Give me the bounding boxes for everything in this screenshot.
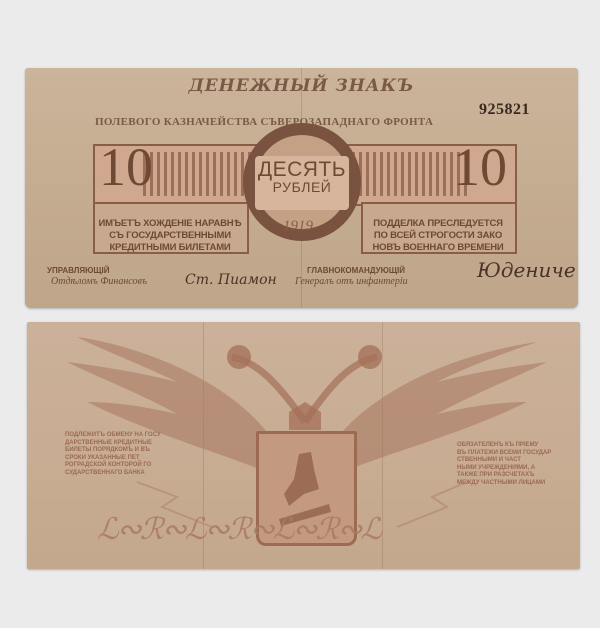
denomination-numeral-left: 10	[99, 136, 153, 198]
notice-line: ИМЪЕТЪ ХОЖДЕНІЕ НАРАВНѢ	[95, 218, 245, 230]
wave-pattern-left	[143, 152, 258, 196]
wave-pattern-right	[352, 152, 467, 196]
note-subtitle: ПОЛЕВОГО КАЗНАЧЕЙСТВА СЪВЕРОЗАПАДНАГО ФР…	[95, 116, 433, 128]
notice-line: СТВЕННЫМИ И ЧАСТ	[457, 457, 557, 465]
notice-line: ПОДЛЕЖИТЪ ОБМЕНУ НА ГОСУ	[65, 432, 175, 440]
right-signatory-title: ГЛАВНОКОМАНДУЮЩІЙ	[307, 266, 405, 275]
notice-line: ОБЯЗАТЕЛЕНЪ КЪ ПРІЕМУ	[457, 442, 557, 450]
issue-year: 1919	[283, 218, 313, 235]
denomination-plaque: ДЕСЯТЬ РУБЛЕЙ	[255, 156, 349, 210]
banknote-back: ПОДЛЕЖИТЪ ОБМЕНУ НА ГОСУ ДАРСТВЕННЫЕ КРЕ…	[27, 322, 580, 569]
denomination-numeral-right: 10	[453, 136, 507, 198]
acceptance-notice: ОБЯЗАТЕЛЕНЪ КЪ ПРІЕМУ ВЪ ПЛАТЕЖИ ВСЕМИ Г…	[457, 442, 557, 487]
notice-line: НЫМИ УЧРЕЖДЕНІЯМИ, А	[457, 465, 557, 473]
notice-line: НОВЪ ВОЕННАГО ВРЕМЕНИ	[363, 242, 513, 254]
serial-number: 925821	[479, 101, 530, 119]
left-signatory-subtitle: Отдѣломъ Финансовъ	[51, 276, 147, 287]
notice-left: ИМЪЕТЪ ХОЖДЕНІЕ НАРАВНѢ СЪ ГОСУДАРСТВЕНН…	[95, 218, 245, 254]
right-signature: Юдениче	[477, 258, 576, 282]
right-signatory-subtitle: Генералъ отъ инфантеріи	[295, 276, 408, 287]
notice-right: ПОДДЕЛКА ПРЕСЛЕДУЕТСЯ ПО ВСЕЙ СТРОГОСТИ …	[363, 218, 513, 254]
notice-line: РОГРАДСКОЙ КОНТОРОЙ ГО	[65, 462, 175, 470]
notice-line: ПО ВСЕЙ СТРОГОСТИ ЗАКО	[363, 230, 513, 242]
note-title: ДЕНЕЖНЫЙ ЗНАКЪ	[25, 76, 578, 96]
notice-line: СЪ ГОСУДАРСТВЕННЫМИ	[95, 230, 245, 242]
notice-line: ПОДДЕЛКА ПРЕСЛЕДУЕТСЯ	[363, 218, 513, 230]
notice-line: КРЕДИТНЫМИ БИЛЕТАМИ	[95, 242, 245, 254]
notice-line: СУДАРСТВЕННАГО БАНКА	[65, 470, 175, 478]
notice-line: БИЛЕТЫ ПОРЯДКОМЪ И ВЪ	[65, 447, 175, 455]
notice-line: ТАКЖЕ ПРИ РАЗСЧЕТАХЪ	[457, 472, 557, 480]
ornamental-scroll: ℒ∾ℛ∾ℒ∾ℛ∾ℒ∾ℛ∾ℒ	[97, 512, 527, 552]
left-signature: Ст. Пиамон	[185, 272, 277, 288]
banknote-front: ДЕНЕЖНЫЙ ЗНАКЪ ПОЛЕВОГО КАЗНАЧЕЙСТВА СЪВ…	[25, 68, 578, 308]
left-signatory-title: УПРАВЛЯЮЩІЙ	[47, 266, 109, 275]
notice-line: СРОКИ УКАЗАННЫЕ ПЕТ	[65, 455, 175, 463]
exchange-notice: ПОДЛЕЖИТЪ ОБМЕНУ НА ГОСУ ДАРСТВЕННЫЕ КРЕ…	[65, 432, 175, 477]
notice-line: ВЪ ПЛАТЕЖИ ВСЕМИ ГОСУДАР	[457, 450, 557, 458]
notice-line: ДАРСТВЕННЫЕ КРЕДИТНЫЕ	[65, 440, 175, 448]
notice-line: МЕЖДУ ЧАСТНЫМИ ЛИЦАМИ	[457, 480, 557, 488]
